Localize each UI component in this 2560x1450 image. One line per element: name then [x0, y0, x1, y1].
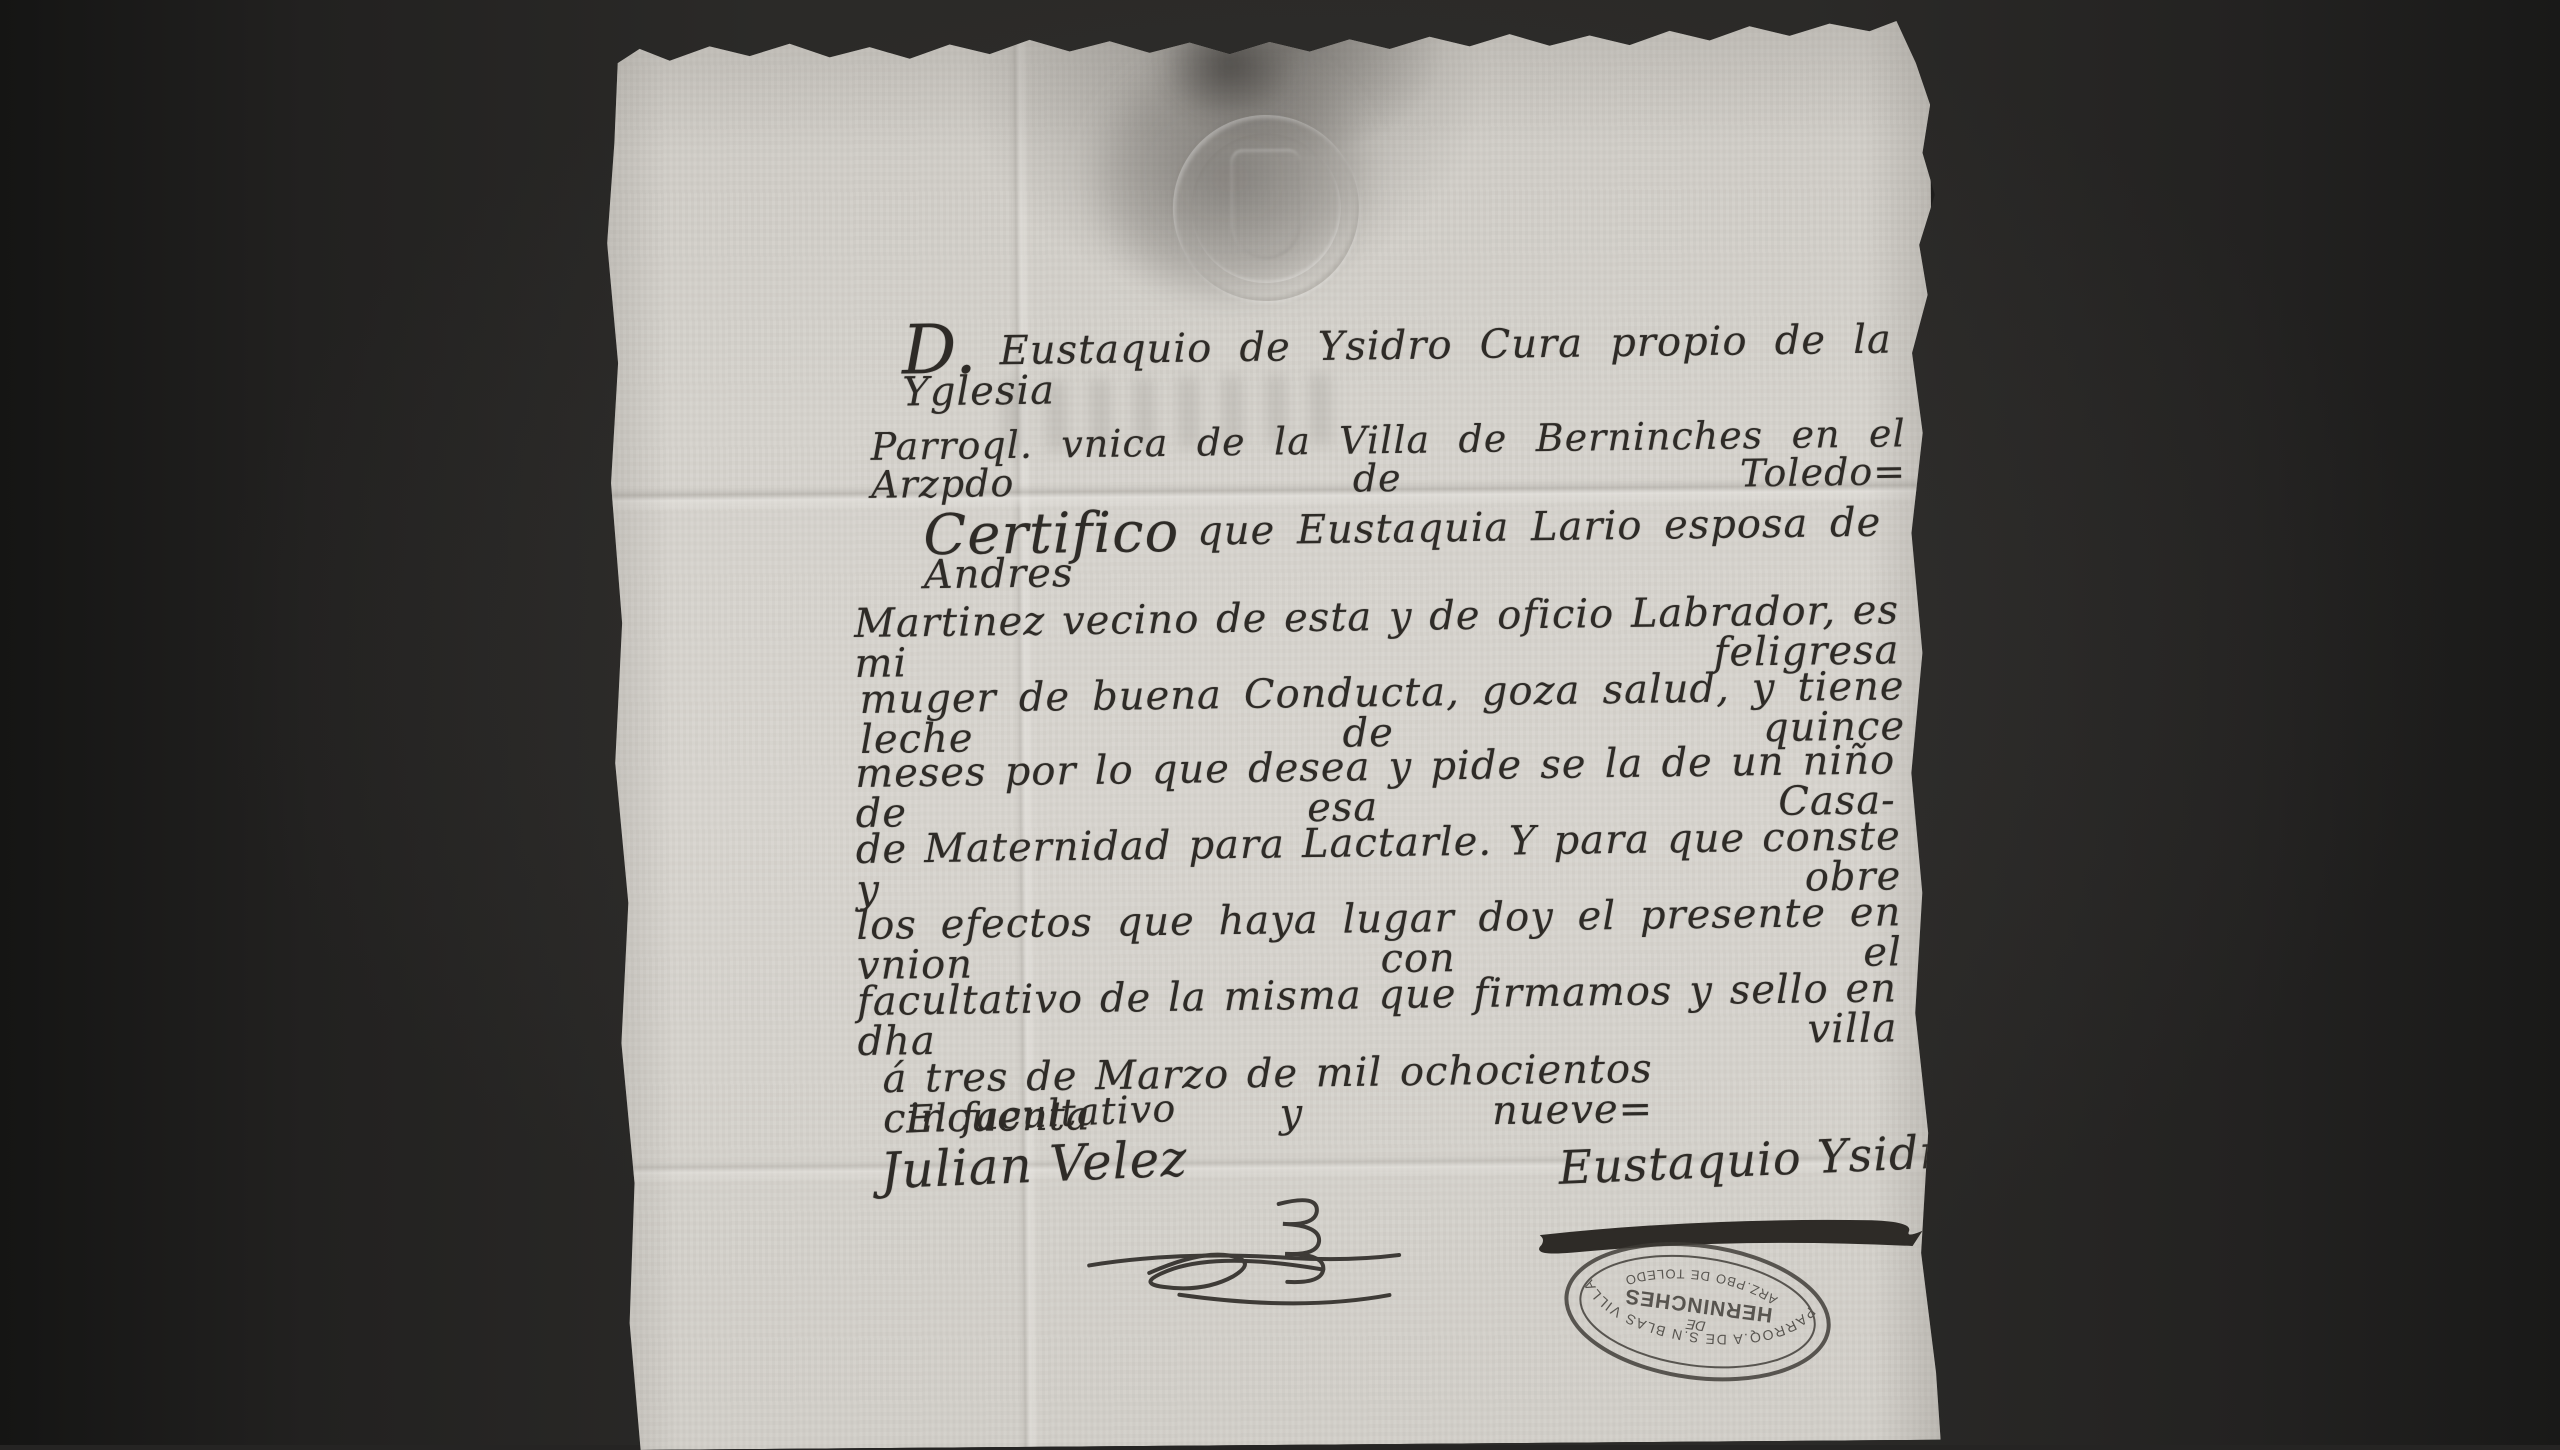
signature-name-parroco: Eustaquio Ysidro [1557, 1123, 1972, 1195]
manuscript-line-9: facultativo de la misma que firmamos y s… [857, 968, 1898, 1062]
manuscript-line-2: Parroql. vnica de la Villa de Berninches… [870, 414, 1906, 504]
line-text: Eustaquio de Ysidro Cura propio de la Yg… [902, 317, 1892, 416]
photo-backdrop: D.Eustaquio de Ysidro Cura propio de la … [0, 0, 2560, 1445]
manuscript-line-1: D.Eustaquio de Ysidro Cura propio de la … [902, 319, 1893, 413]
document-paper: D.Eustaquio de Ysidro Cura propio de la … [599, 13, 1940, 1445]
manuscript-line-3: Certificoque Eustaquia Lario esposa de A… [923, 503, 1882, 596]
embossed-dry-seal [1172, 114, 1359, 301]
signature-rubric-flourish [1029, 1185, 1460, 1318]
stamp-center-de: DE [1684, 1316, 1706, 1335]
embossed-seal-crest [1230, 149, 1301, 260]
